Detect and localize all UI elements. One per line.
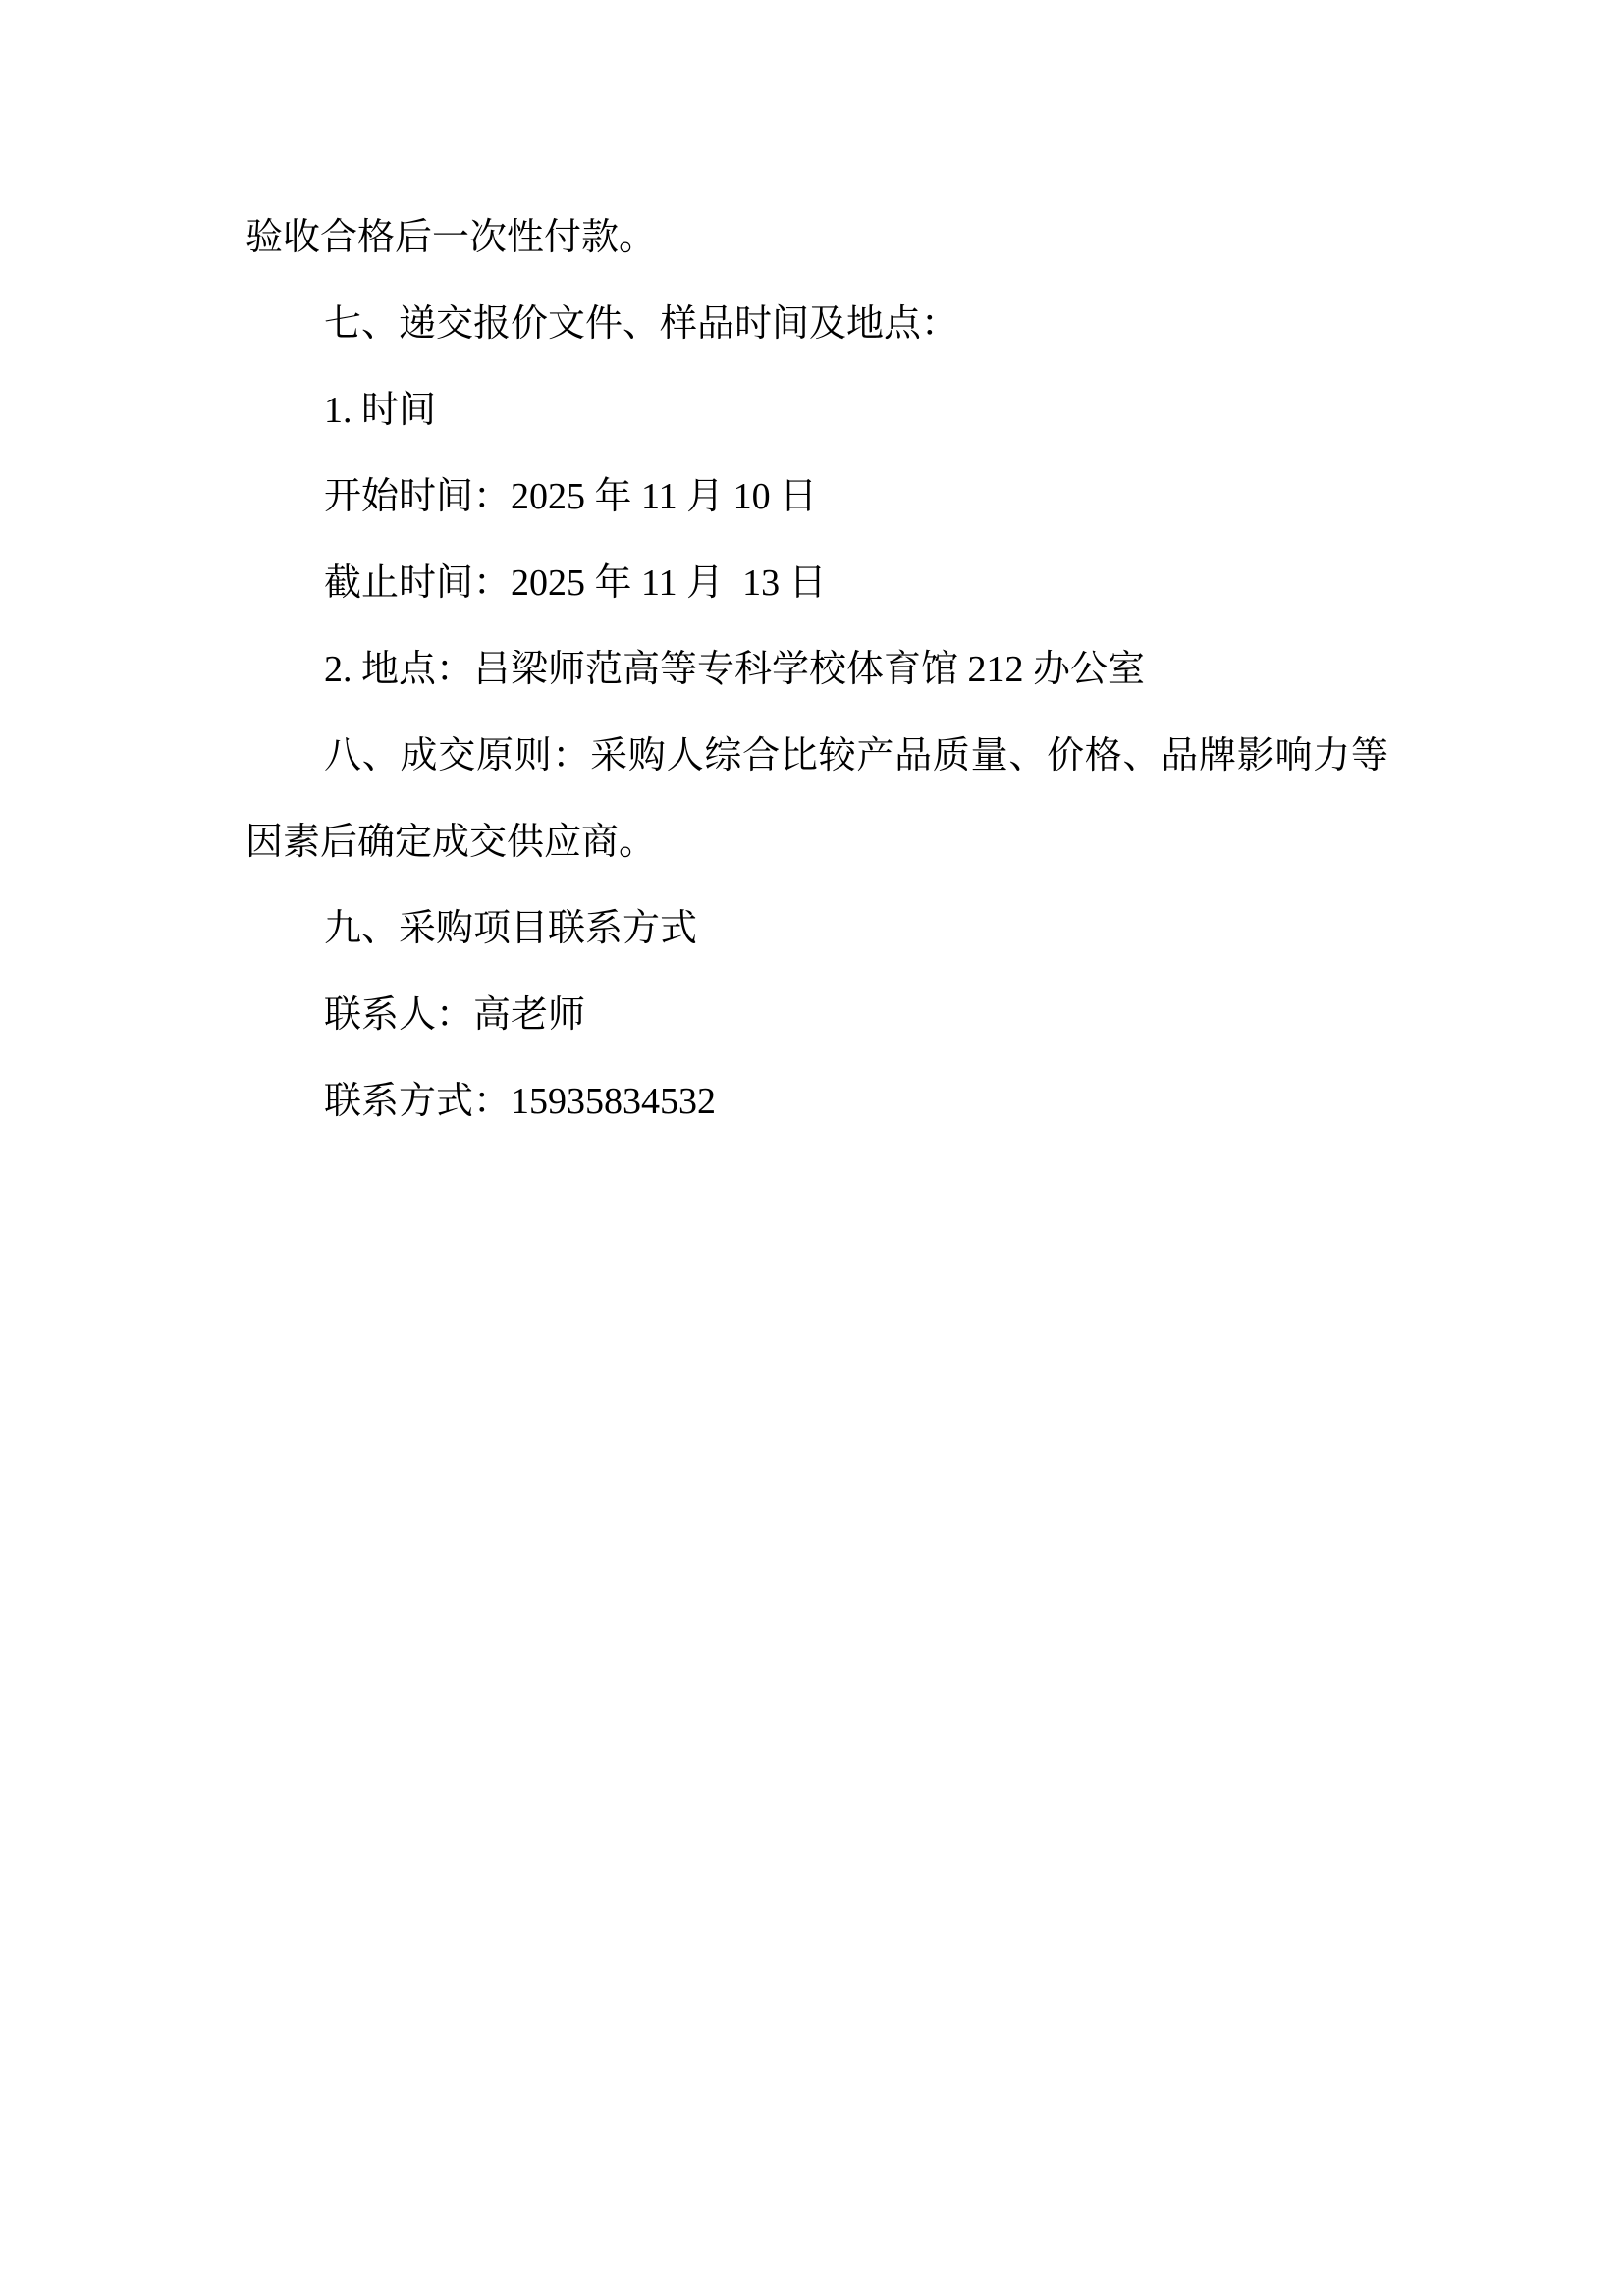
item-1-time-label: 1. 时间 — [245, 367, 1388, 454]
paragraph-award-principle-continuation: 因素后确定成交供应商。 — [245, 799, 1388, 885]
heading-section-eight-award-principle: 八、成交原则：采购人综合比较产品质量、价格、品牌影响力等 — [245, 713, 1388, 799]
start-time-line: 开始时间：2025 年 11 月 10 日 — [245, 454, 1388, 540]
item-2-location-line: 2. 地点：吕梁师范高等专科学校体育馆 212 办公室 — [245, 626, 1388, 713]
heading-section-seven-submission-time-place: 七、递交报价文件、样品时间及地点： — [245, 281, 1388, 367]
paragraph-payment-continuation: 验收合格后一次性付款。 — [245, 194, 1388, 281]
heading-section-nine-contact-info: 九、采购项目联系方式 — [245, 885, 1388, 972]
document-page: 验收合格后一次性付款。 七、递交报价文件、样品时间及地点： 1. 时间 开始时间… — [0, 0, 1624, 2296]
contact-phone-line: 联系方式：15935834532 — [245, 1058, 1388, 1145]
contact-person-line: 联系人：高老师 — [245, 972, 1388, 1058]
document-text-block: 验收合格后一次性付款。 七、递交报价文件、样品时间及地点： 1. 时间 开始时间… — [0, 0, 1624, 1145]
deadline-time-line: 截止时间：2025 年 11 月 13 日 — [245, 540, 1388, 626]
